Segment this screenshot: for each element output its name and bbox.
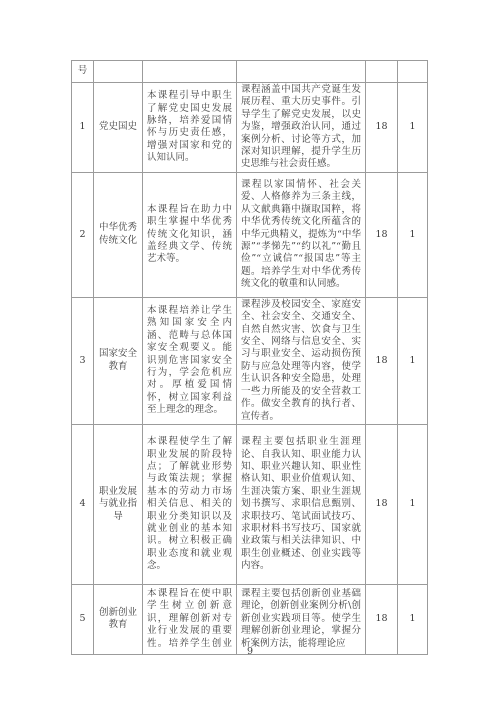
course-name: 职业发展与就业指导 — [94, 424, 143, 584]
course-intro: 本课程使学生了解职业发展的阶段特点；了解就业形势与政策法规；掌握基本的劳动力市场… — [143, 424, 237, 584]
header-cell-name — [94, 61, 143, 83]
course-name: 国家安全教育 — [94, 297, 143, 424]
page-number: 9 — [0, 646, 500, 657]
header-cell-intro — [143, 61, 237, 83]
course-name: 党史国史 — [94, 83, 143, 173]
course-name: 中华优秀传统文化 — [94, 172, 143, 297]
course-credits: 1 — [398, 584, 428, 654]
course-hours: 18 — [366, 172, 398, 297]
course-content: 课程涉及校园安全、家庭安全、社会安全、交通安全、自然自然灾害、饮食与卫生安全、网… — [237, 297, 366, 424]
table-header-row: 号 — [72, 61, 428, 83]
table-row: 4 职业发展与就业指导 本课程使学生了解职业发展的阶段特点；了解就业形势与政策法… — [72, 424, 428, 584]
course-intro: 本课程培养让学生熟知国家安全内涵、范畴与总体国家安全观要义。能识别危害国家安全行… — [143, 297, 237, 424]
course-name: 创新创业教育 — [94, 584, 143, 654]
course-credits: 1 — [398, 424, 428, 584]
table-row: 1 党史国史 本课程引导中职生了解党史国史发展脉络，培养爱国情怀与历史责任感，增… — [72, 83, 428, 173]
course-content: 课程以家国情怀、社会关爱、人格修养为三条主线，从文献典籍中撷取国粹，将中华优秀传… — [237, 172, 366, 297]
course-content: 课程主要包括创新创业基础理论，创新创业案例分析\创新创业实践项目等。使学生理解创… — [237, 584, 366, 654]
document-page: 号 1 党史国史 本课程引导中职生了解党史国史发展脉络，培养爱国情怀与历史责任感… — [0, 0, 500, 707]
course-credits: 1 — [398, 172, 428, 297]
course-description-table: 号 1 党史国史 本课程引导中职生了解党史国史发展脉络，培养爱国情怀与历史责任感… — [71, 60, 428, 655]
header-cell-content — [237, 61, 366, 83]
row-number: 5 — [72, 584, 94, 654]
row-number: 2 — [72, 172, 94, 297]
course-intro: 本课程旨在助力中职生掌握中华优秀传统文化知识，涵盖经典文学、传统艺术等。 — [143, 172, 237, 297]
course-hours: 18 — [366, 424, 398, 584]
header-cell-hours — [366, 61, 398, 83]
table-row: 3 国家安全教育 本课程培养让学生熟知国家安全内涵、范畴与总体国家安全观要义。能… — [72, 297, 428, 424]
row-number: 4 — [72, 424, 94, 584]
course-credits: 1 — [398, 83, 428, 173]
header-cell-credits — [398, 61, 428, 83]
course-intro: 本课程引导中职生了解党史国史发展脉络，培养爱国情怀与历史责任感，增强对国家和党的… — [143, 83, 237, 173]
course-content-text: 课程主要包括创新创业基础理论，创新创业案例分析\创新创业实践项目等。使学生理解创… — [241, 588, 361, 650]
course-intro: 本课程旨在使中职学生树立创新意识，理解创新对专业行业发展的重要性。培养学生创业思 — [143, 584, 237, 654]
table-row: 2 中华优秀传统文化 本课程旨在助力中职生掌握中华优秀传统文化知识，涵盖经典文学… — [72, 172, 428, 297]
row-number: 3 — [72, 297, 94, 424]
course-credits: 1 — [398, 297, 428, 424]
course-content: 课程主要包括职业生涯理论、自我认知、职业能力认知、职业兴趣认知、职业性格认知、职… — [237, 424, 366, 584]
table-row-truncated: 5 创新创业教育 本课程旨在使中职学生树立创新意识，理解创新对专业行业发展的重要… — [72, 584, 428, 654]
course-hours: 18 — [366, 297, 398, 424]
course-intro-text: 本课程旨在使中职学生树立创新意识，理解创新对专业行业发展的重要性。培养学生创业思 — [147, 588, 232, 650]
course-hours: 18 — [366, 584, 398, 654]
header-cell-number: 号 — [72, 61, 94, 83]
course-hours: 18 — [366, 83, 398, 173]
course-content: 课程涵盖中国共产党诞生发展历程、重大历史事件。引导学生了解党史发展，以史为鉴，增… — [237, 83, 366, 173]
row-number: 1 — [72, 83, 94, 173]
